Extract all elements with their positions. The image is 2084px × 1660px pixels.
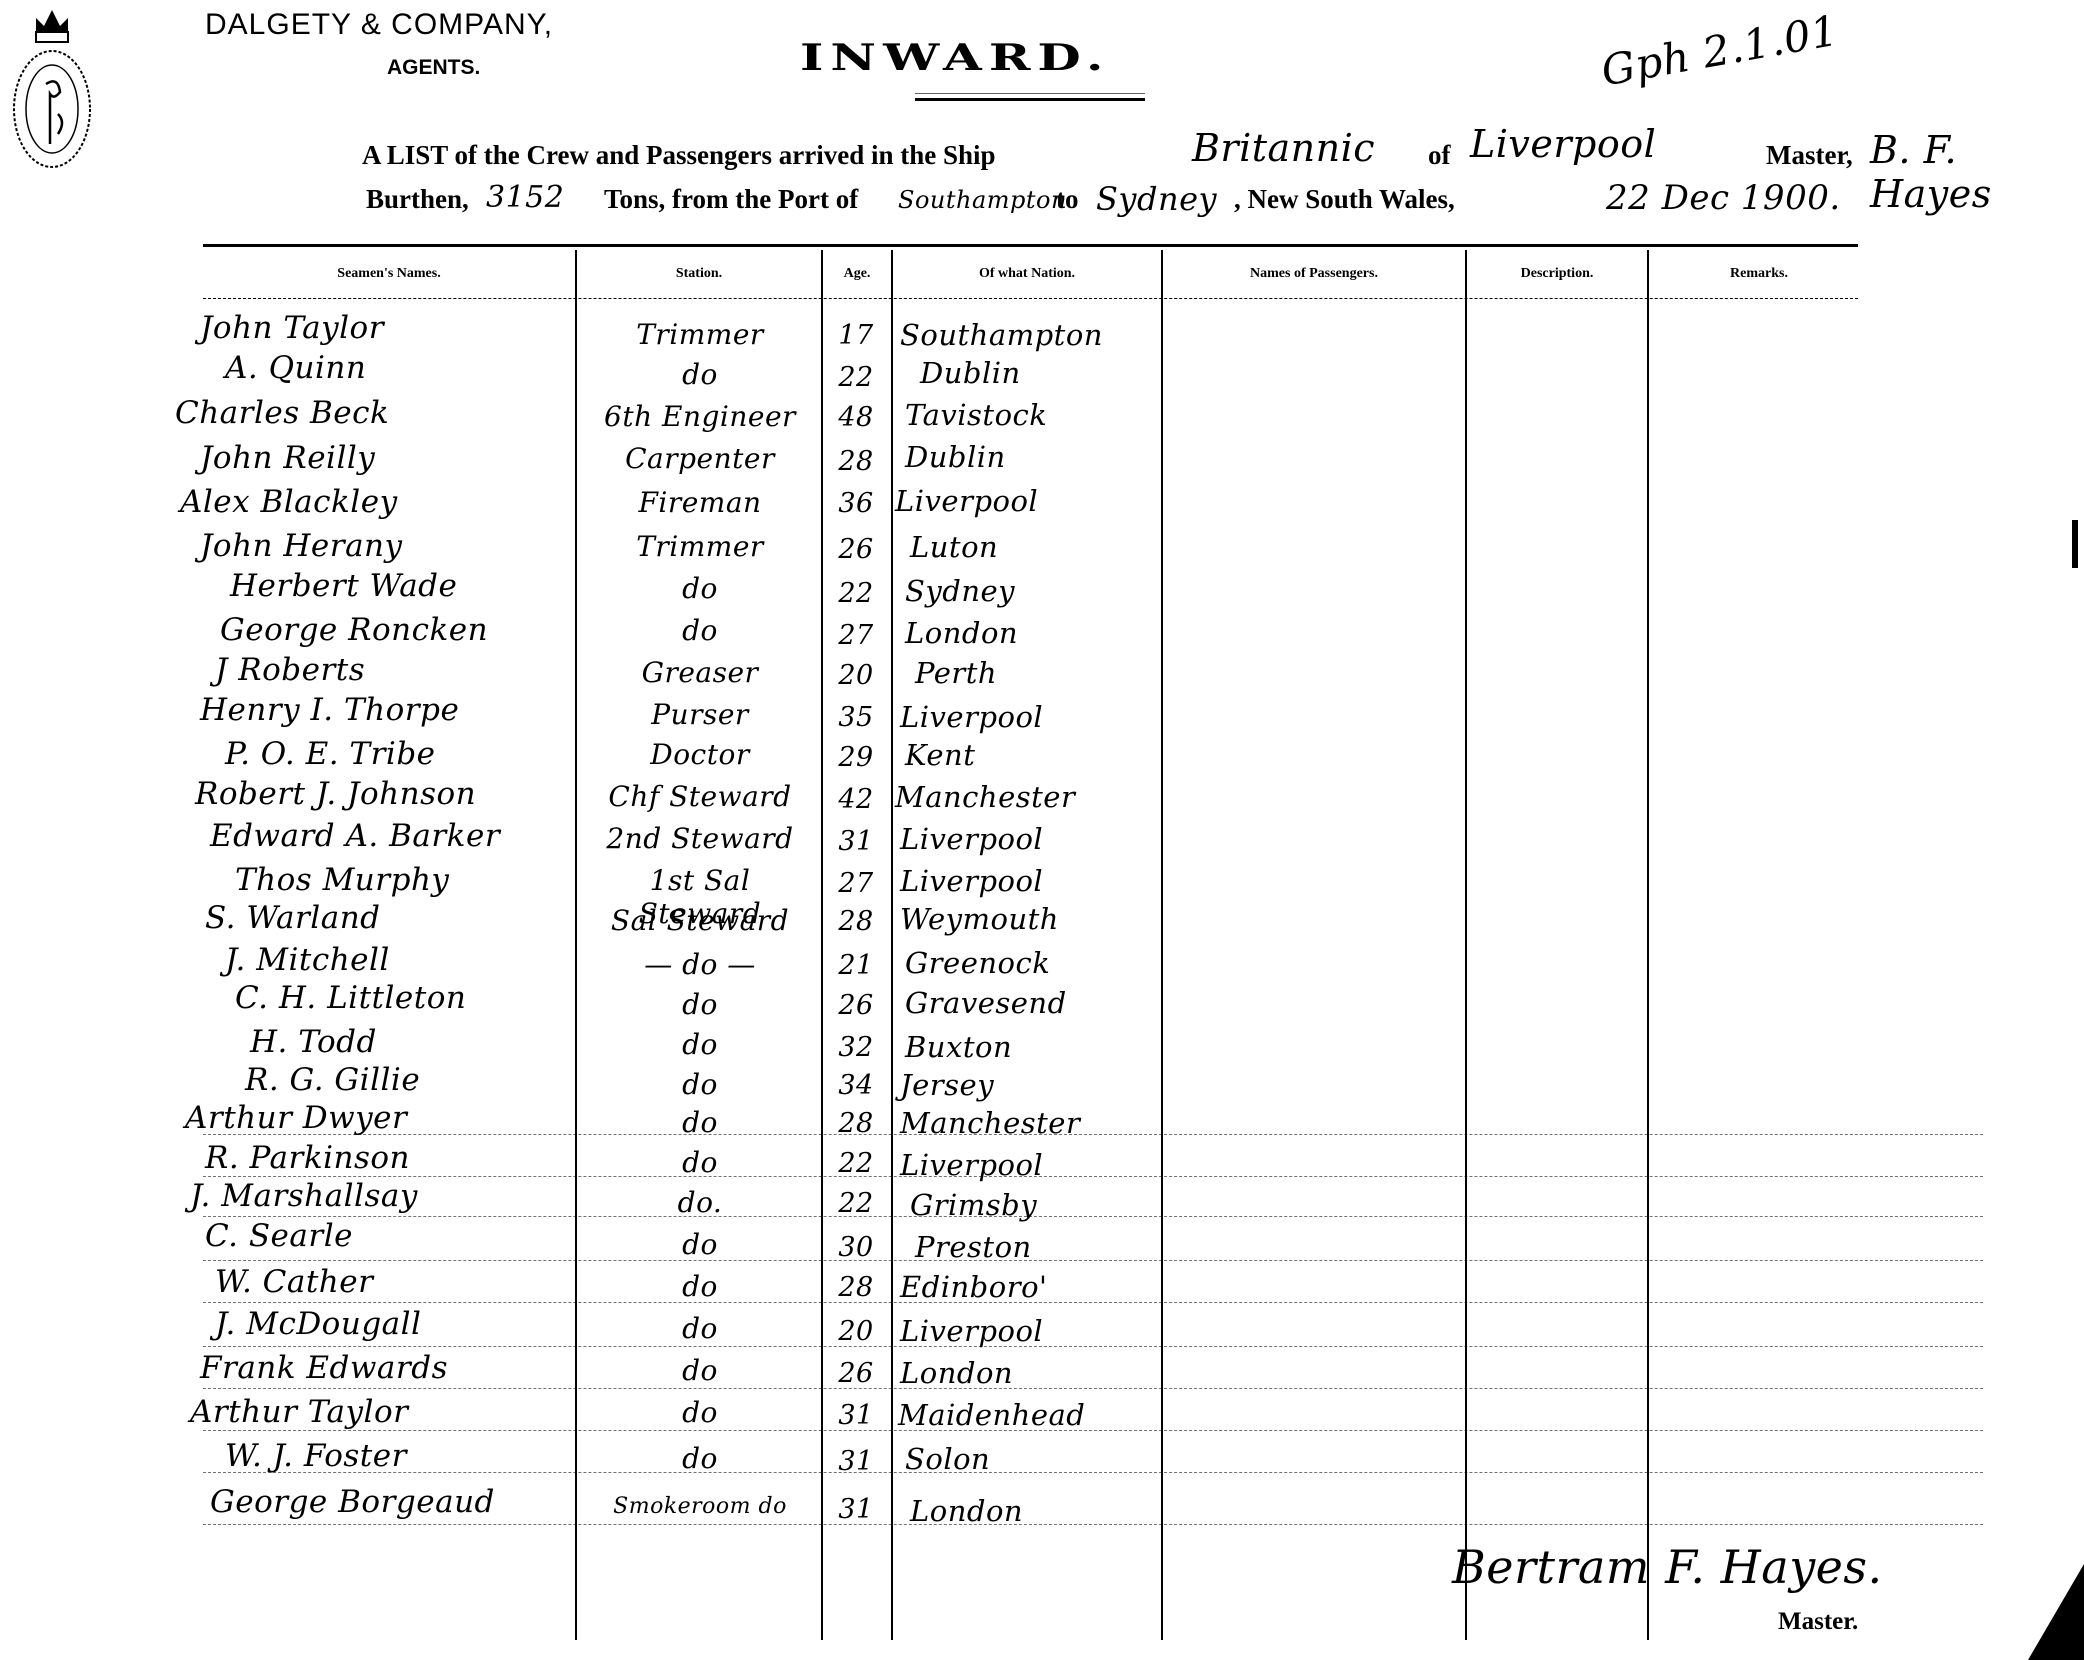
crew-station: Doctor: [585, 738, 815, 771]
crew-name: J. Marshallsay: [190, 1178, 418, 1214]
crew-nation: Weymouth: [900, 902, 1059, 936]
crew-nation: Liverpool: [900, 864, 1043, 898]
ruled-line: [203, 1346, 1983, 1348]
crew-age: 22: [826, 1148, 886, 1179]
crew-nation: Maidenhead: [898, 1398, 1085, 1432]
crew-nation: Tavistock: [905, 398, 1047, 432]
crew-age: 28: [826, 1108, 886, 1139]
crew-name: S. Warland: [205, 900, 381, 936]
crew-name: A. Quinn: [225, 350, 366, 386]
crew-name: John Reilly: [200, 440, 375, 476]
crew-age: 28: [826, 906, 886, 937]
crew-age: 22: [826, 1188, 886, 1219]
crew-nation: Liverpool: [900, 700, 1043, 734]
master-signature: Bertram F. Hayes.: [1452, 1540, 1883, 1594]
crew-nation: Gravesend: [905, 986, 1067, 1020]
crew-name: J Roberts: [215, 652, 365, 688]
crew-nation: Kent: [905, 738, 975, 772]
crew-name: John Taylor: [200, 310, 384, 346]
of-label: of: [1428, 140, 1451, 171]
crew-nation: Greenock: [905, 946, 1050, 980]
crew-name: J. McDougall: [215, 1306, 421, 1342]
crew-age: 26: [826, 1358, 886, 1389]
crew-name: Arthur Taylor: [190, 1394, 408, 1430]
crew-station: Purser: [585, 698, 815, 731]
crew-nation: Liverpool: [900, 822, 1043, 856]
region-label: , New South Wales,: [1234, 184, 1455, 215]
handwritten-annotation: Gph 2.1.01: [1598, 6, 1842, 96]
crew-age: 34: [826, 1070, 886, 1101]
crew-age: 35: [826, 702, 886, 733]
crew-station: Chf Steward: [585, 780, 815, 813]
crew-name: George Borgeaud: [210, 1484, 495, 1520]
crew-nation: Jersey: [900, 1068, 994, 1102]
crew-station: Fireman: [585, 486, 815, 519]
ruled-line: [203, 1216, 1983, 1218]
crew-station: do: [585, 1354, 815, 1387]
crew-age: 31: [826, 1400, 886, 1431]
crew-name: Charles Beck: [175, 395, 389, 431]
ship-name: Britannic: [1192, 126, 1375, 170]
column-header-age: Age.: [823, 266, 891, 282]
declaration-line1-prefix: A LIST of the Crew and Passengers arrive…: [362, 140, 996, 171]
crew-name: C. H. Littleton: [235, 980, 466, 1016]
crew-station: Carpenter: [585, 442, 815, 475]
crew-age: 20: [826, 660, 886, 691]
crew-name: Henry I. Thorpe: [200, 692, 459, 728]
crew-station: do: [585, 1228, 815, 1261]
crew-nation: Dublin: [920, 356, 1021, 390]
master-name: B. F. Hayes: [1870, 128, 2084, 216]
ruled-line: [203, 1176, 1983, 1178]
crest-seal-icon: [6, 4, 98, 174]
crew-station: do: [585, 1106, 815, 1139]
crew-name: C. Searle: [205, 1218, 353, 1254]
crew-nation: Luton: [910, 530, 998, 564]
ruled-line: [203, 1260, 1983, 1262]
agency-role: AGENTS.: [387, 56, 480, 80]
from-port: Southampton: [898, 186, 1067, 214]
crew-station: Trimmer: [585, 530, 815, 563]
crew-name: Arthur Dwyer: [185, 1100, 407, 1136]
crew-age: 29: [826, 742, 886, 773]
crew-nation: Manchester: [900, 1106, 1080, 1140]
crew-age: 27: [826, 620, 886, 651]
crew-station: do: [585, 1270, 815, 1303]
page-edge-mark: [2072, 520, 2078, 568]
crew-station: 6th Engineer: [585, 400, 815, 433]
signature-label: Master.: [1778, 1608, 1858, 1636]
crew-station: do.: [585, 1186, 815, 1219]
crew-name: J. Mitchell: [225, 942, 390, 978]
crew-nation: Southampton: [900, 318, 1103, 352]
crew-age: 31: [826, 826, 886, 857]
crew-station: Greaser: [585, 656, 815, 689]
crew-nation: Liverpool: [900, 1314, 1043, 1348]
crew-age: 22: [826, 362, 886, 393]
ruled-line: [203, 1388, 1983, 1390]
master-label: Master,: [1766, 140, 1853, 171]
form-title: INWARD.: [800, 36, 1110, 78]
crew-nation: London: [910, 1494, 1023, 1528]
tons-label: Tons, from the Port of: [604, 184, 858, 215]
to-port: Sydney: [1096, 180, 1217, 218]
crew-age: 20: [826, 1316, 886, 1347]
agency-name: DALGETY & COMPANY,: [205, 8, 553, 42]
column-header-passenger-names: Names of Passengers.: [1163, 266, 1465, 282]
crew-nation: Dublin: [905, 440, 1006, 474]
column-header-description: Description.: [1467, 266, 1647, 282]
ruled-line: [203, 1524, 1983, 1526]
crew-name: P. O. E. Tribe: [225, 736, 436, 772]
crew-nation: London: [905, 616, 1018, 650]
crew-station: do: [585, 988, 815, 1021]
crew-age: 42: [826, 784, 886, 815]
crew-name: H. Todd: [250, 1024, 377, 1060]
crew-nation: Liverpool: [900, 1148, 1043, 1182]
crew-name: W. Cather: [215, 1264, 373, 1300]
crew-nation: Sydney: [905, 574, 1015, 608]
crew-age: 31: [826, 1446, 886, 1477]
crew-station: do: [585, 614, 815, 647]
crew-station: do: [585, 1396, 815, 1429]
header-bottom-rule: [203, 298, 1858, 299]
crew-age: 26: [826, 990, 886, 1021]
crew-age: 26: [826, 534, 886, 565]
crew-station: 2nd Steward: [585, 822, 815, 855]
crew-age: 28: [826, 446, 886, 477]
crew-station: Trimmer: [585, 318, 815, 351]
title-underline-thin: [915, 93, 1145, 94]
crew-name: Thos Murphy: [235, 862, 449, 898]
crew-nation: Edinboro': [900, 1270, 1048, 1304]
crew-age: 22: [826, 578, 886, 609]
crew-station: do: [585, 1442, 815, 1475]
ruled-line: [203, 1302, 1983, 1304]
crew-nation: Perth: [915, 656, 997, 690]
ruled-line: [203, 1134, 1983, 1136]
ruled-line: [203, 1430, 1983, 1432]
crew-nation: Buxton: [905, 1030, 1012, 1064]
arrival-date: 22 Dec 1900.: [1606, 178, 1841, 218]
crew-age: 48: [826, 402, 886, 433]
crew-name: George Roncken: [220, 612, 488, 648]
crew-station: Smokeroom do: [585, 1494, 815, 1519]
column-header-nation: Of what Nation.: [893, 266, 1161, 282]
crew-nation: Manchester: [895, 780, 1075, 814]
burthen-label: Burthen,: [366, 184, 469, 215]
crew-name: R. G. Gillie: [245, 1062, 420, 1098]
column-header-station: Station.: [577, 266, 821, 282]
crew-age: 31: [826, 1494, 886, 1525]
crew-name: Robert J. Johnson: [195, 776, 476, 812]
crew-station: do: [585, 358, 815, 391]
crew-station: do: [585, 1146, 815, 1179]
crew-station: do: [585, 572, 815, 605]
crew-station: do: [585, 1028, 815, 1061]
tonnage: 3152: [486, 180, 564, 215]
column-header-seamens-names: Seamen's Names.: [203, 266, 575, 282]
crew-nation: Preston: [915, 1230, 1032, 1264]
to-label: to: [1056, 184, 1079, 215]
crew-nation: London: [900, 1356, 1013, 1390]
crew-station: do: [585, 1068, 815, 1101]
crew-name: R. Parkinson: [205, 1140, 410, 1176]
crew-age: 36: [826, 488, 886, 519]
column-header-remarks: Remarks.: [1649, 266, 1869, 282]
crew-age: 27: [826, 868, 886, 899]
ruled-line: [203, 1472, 1983, 1474]
crew-station: Sal Steward: [585, 904, 815, 937]
crew-age: 28: [826, 1272, 886, 1303]
crew-nation: Solon: [905, 1442, 990, 1476]
crew-station: do: [585, 1312, 815, 1345]
crew-station: — do —: [585, 948, 815, 981]
title-underline: [915, 98, 1145, 101]
crew-name: Frank Edwards: [200, 1350, 448, 1386]
crew-nation: Liverpool: [895, 484, 1038, 518]
table-top-rule: [203, 244, 1858, 247]
crew-name: John Herany: [200, 528, 403, 564]
crew-age: 30: [826, 1232, 886, 1263]
crew-age: 32: [826, 1032, 886, 1063]
crew-name: Edward A. Barker: [210, 818, 500, 854]
crew-name: Alex Blackley: [180, 484, 398, 520]
crew-nation: Grimsby: [910, 1188, 1037, 1222]
home-port: Liverpool: [1470, 122, 1656, 166]
folded-corner: [2028, 1564, 2084, 1660]
crew-age: 17: [826, 320, 886, 351]
crew-age: 21: [826, 950, 886, 981]
crew-name: W. J. Foster: [225, 1438, 407, 1474]
crew-name: Herbert Wade: [230, 568, 457, 604]
